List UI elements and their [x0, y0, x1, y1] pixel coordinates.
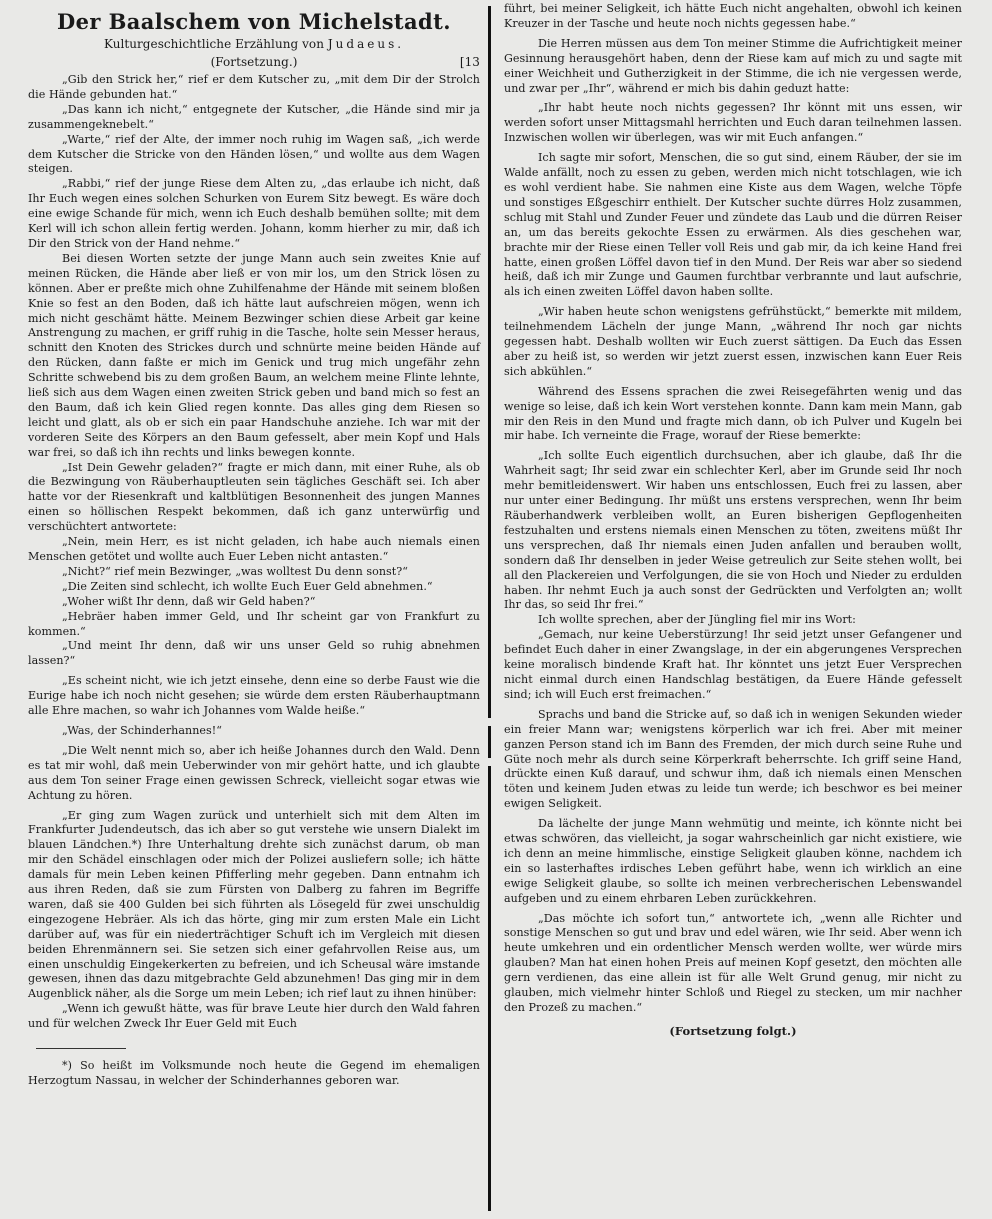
paragraph: „Wenn ich gewußt hätte, was für brave Le… [28, 1002, 480, 1032]
continuation-line: (Fortsetzung.) [13 [28, 54, 480, 71]
paragraph: „Woher wißt Ihr denn, daß wir Geld haben… [28, 595, 480, 610]
paragraph: „Was, der Schinderhannes!“ [28, 724, 480, 739]
paragraph: „Die Welt nennt mich so, aber ich heiße … [28, 744, 480, 804]
author-name: Judaeus. [328, 37, 404, 51]
paragraph: Die Herren müssen aus dem Ton meiner Sti… [504, 37, 962, 97]
paragraph: „Ihr habt heute noch nichts gegessen? Ih… [504, 101, 962, 146]
paragraph: Da lächelte der junge Mann wehmütig und … [504, 817, 962, 906]
right-column: führt, bei meiner Seligkeit, ich hätte E… [504, 2, 962, 1039]
paragraph: Bei diesen Worten setzte der junge Mann … [28, 252, 480, 461]
footnote-rule [36, 1048, 126, 1049]
to-be-continued: (Fortsetzung folgt.) [504, 1024, 962, 1039]
paragraph: Sprachs und band die Stricke auf, so daß… [504, 708, 962, 812]
paragraph: „Und meint Ihr denn, daß wir uns unser G… [28, 639, 480, 669]
column-divider [488, 6, 491, 1211]
divider-gap [487, 718, 492, 726]
article-title: Der Baalschem von Michelstadt. [28, 10, 480, 34]
paragraph: „Rabbi,“ rief der junge Riese dem Alten … [28, 177, 480, 252]
article-subtitle: Kulturgeschichtliche Erzählung von Judae… [28, 36, 480, 52]
footnote: *) So heißt im Volksmunde noch heute die… [28, 1059, 480, 1089]
paragraph: Während des Essens sprachen die zwei Rei… [504, 385, 962, 445]
paragraph: Ich sagte mir sofort, Menschen, die so g… [504, 151, 962, 300]
paragraph: „Warte,“ rief der Alte, der immer noch r… [28, 133, 480, 178]
continuation-label: (Fortsetzung.) [211, 55, 298, 69]
paragraph: „Ist Dein Gewehr geladen?“ fragte er mic… [28, 461, 480, 536]
paragraph: „Nicht?“ rief mein Bezwinger, „was wollt… [28, 565, 480, 580]
subtitle-text: Kulturgeschichtliche Erzählung von [104, 37, 324, 51]
paragraph: „Ich sollte Euch eigentlich durchsuchen,… [504, 449, 962, 613]
paragraph: führt, bei meiner Seligkeit, ich hätte E… [504, 2, 962, 32]
footnote-text: *) So heißt im Volksmunde noch heute die… [28, 1059, 480, 1089]
paragraph: „Nein, mein Herr, es ist nicht geladen, … [28, 535, 480, 565]
paragraph: „Er ging zum Wagen zurück und unterhielt… [28, 809, 480, 1003]
paragraph: „Das möchte ich sofort tun,“ antwortete … [504, 912, 962, 1016]
divider-gap [487, 758, 492, 766]
installment-number: [13 [460, 54, 480, 71]
paragraph: „Die Zeiten sind schlecht, ich wollte Eu… [28, 580, 480, 595]
newspaper-page: Der Baalschem von Michelstadt. Kulturges… [0, 0, 992, 1219]
paragraph: „Gib den Strick her,“ rief er dem Kutsch… [28, 73, 480, 103]
left-column: Der Baalschem von Michelstadt. Kulturges… [28, 0, 480, 1089]
paragraph: „Hebräer haben immer Geld, und Ihr schei… [28, 610, 480, 640]
paragraph: „Es scheint nicht, wie ich jetzt einsehe… [28, 674, 480, 719]
paragraph: „Gemach, nur keine Ueberstürzung! Ihr se… [504, 628, 962, 703]
paragraph: Ich wollte sprechen, aber der Jüngling f… [504, 613, 962, 628]
paragraph: „Wir haben heute schon wenigstens gefrüh… [504, 305, 962, 380]
paragraph: „Das kann ich nicht,“ entgegnete der Kut… [28, 103, 480, 133]
